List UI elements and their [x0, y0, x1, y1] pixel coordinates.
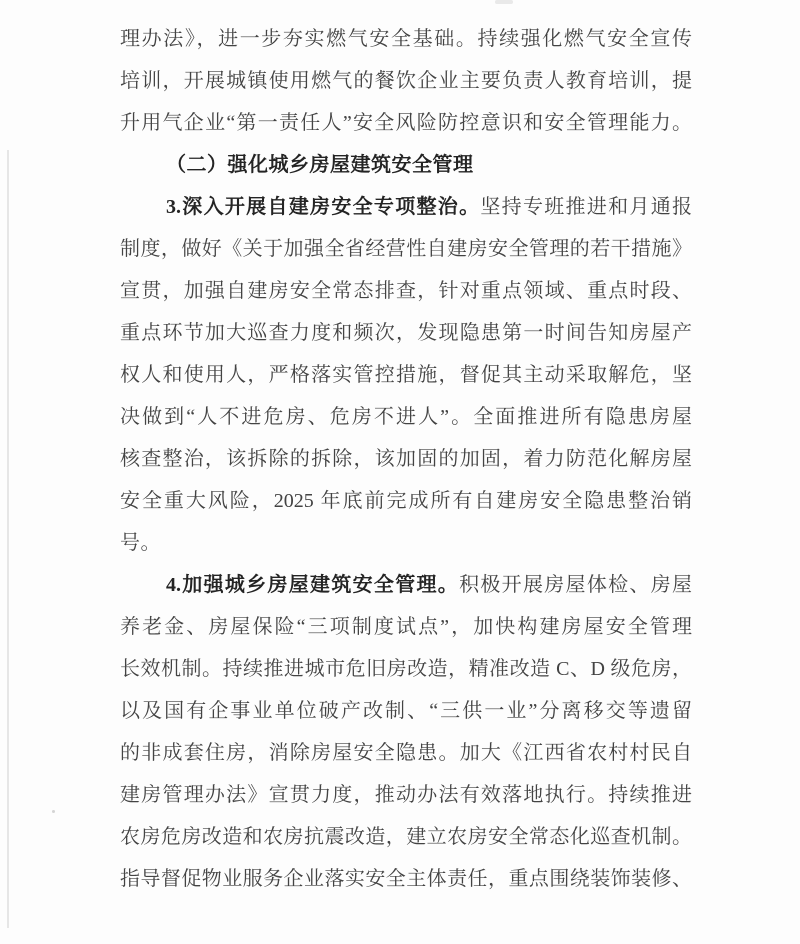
text-line: 重点环节加大巡查力度和频次，发现隐患第一时间告知房屋产: [120, 312, 692, 354]
bold-text-segment: （二）强化城乡房屋建筑安全管理: [166, 154, 474, 176]
bold-text-segment: 4.加强城乡房屋建筑安全管理。: [166, 574, 459, 596]
text-line: 4.加强城乡房屋建筑安全管理。积极开展房屋体检、房屋: [120, 564, 692, 606]
text-line: 以及国有企事业单位破产改制、“三供一业”分离移交等遗留: [120, 690, 692, 732]
body-text-segment: 养老金、房屋保险“三项制度试点”，加快构建房屋安全管理: [120, 616, 692, 638]
body-text-segment: 理办法》，进一步夯实燃气安全基础。持续强化燃气安全宣传: [120, 28, 692, 50]
body-text-segment: 的非成套住房，消除房屋安全隐患。加大《江西省农村村民自: [120, 742, 692, 764]
text-line: 宣贯，加强自建房安全常态排查，针对重点领域、重点时段、: [120, 270, 692, 312]
text-line: 长效机制。持续推进城市危旧房改造，精准改造 C、D 级危房，: [120, 648, 692, 690]
text-line: 养老金、房屋保险“三项制度试点”，加快构建房屋安全管理: [120, 606, 692, 648]
scan-speck-artifact: [52, 810, 55, 813]
body-text-segment: 宣贯，加强自建房安全常态排查，针对重点领域、重点时段、: [120, 280, 692, 302]
text-line: 核查整治，该拆除的拆除，该加固的加固，着力防范化解房屋: [120, 438, 692, 480]
text-line: 决做到“人不进危房、危房不进人”。全面推进所有隐患房屋: [120, 396, 692, 438]
body-text-segment: 以及国有企事业单位破产改制、“三供一业”分离移交等遗留: [120, 700, 692, 722]
body-text-segment: 安全重大风险，2025 年底前完成所有自建房安全隐患整治销: [120, 490, 692, 512]
body-text-segment: 指导督促物业服务企业落实安全主体责任，重点围绕装饰装修、: [120, 868, 692, 890]
text-line: 制度，做好《关于加强全省经营性自建房安全管理的若干措施》: [120, 228, 692, 270]
text-line: 的非成套住房，消除房屋安全隐患。加大《江西省农村村民自: [120, 732, 692, 774]
scan-smudge-artifact: [495, 0, 513, 4]
bold-text-segment: 3.深入开展自建房安全专项整治。: [166, 196, 480, 218]
body-text-segment: 权人和使用人，严格落实管控措施，督促其主动采取解危，坚: [120, 364, 692, 386]
body-text-segment: 升用气企业“第一责任人”安全风险防控意识和安全管理能力。: [120, 112, 692, 134]
section-heading: （二）强化城乡房屋建筑安全管理: [120, 144, 692, 186]
text-line: 农房危房改造和农房抗震改造，建立农房安全常态化巡查机制。: [120, 816, 692, 858]
body-text-segment: 制度，做好《关于加强全省经营性自建房安全管理的若干措施》: [120, 238, 692, 260]
text-line: 指导督促物业服务企业落实安全主体责任，重点围绕装饰装修、: [120, 858, 692, 900]
text-line: 安全重大风险，2025 年底前完成所有自建房安全隐患整治销: [120, 480, 692, 522]
document-body: 理办法》，进一步夯实燃气安全基础。持续强化燃气安全宣传培训，开展城镇使用燃气的餐…: [120, 18, 692, 900]
body-text-segment: 坚持专班推进和月通报: [480, 196, 692, 218]
body-text-segment: 培训，开展城镇使用燃气的餐饮企业主要负责人教育培训，提: [120, 70, 692, 92]
body-text-segment: 建房管理办法》宣贯力度，推动办法有效落地执行。持续推进: [120, 784, 692, 806]
text-line: 理办法》，进一步夯实燃气安全基础。持续强化燃气安全宣传: [120, 18, 692, 60]
text-line: 建房管理办法》宣贯力度，推动办法有效落地执行。持续推进: [120, 774, 692, 816]
body-text-segment: 核查整治，该拆除的拆除，该加固的加固，着力防范化解房屋: [120, 448, 692, 470]
body-text-segment: 重点环节加大巡查力度和频次，发现隐患第一时间告知房屋产: [120, 322, 692, 344]
scan-edge-artifact: [7, 150, 9, 928]
text-line: 培训，开展城镇使用燃气的餐饮企业主要负责人教育培训，提: [120, 60, 692, 102]
text-line: 升用气企业“第一责任人”安全风险防控意识和安全管理能力。: [120, 102, 692, 144]
scanned-document-page: 理办法》，进一步夯实燃气安全基础。持续强化燃气安全宣传培训，开展城镇使用燃气的餐…: [0, 0, 800, 944]
text-line: 权人和使用人，严格落实管控措施，督促其主动采取解危，坚: [120, 354, 692, 396]
text-line: 3.深入开展自建房安全专项整治。坚持专班推进和月通报: [120, 186, 692, 228]
body-text-segment: 号。: [120, 532, 161, 554]
body-text-segment: 积极开展房屋体检、房屋: [459, 574, 692, 596]
body-text-segment: 长效机制。持续推进城市危旧房改造，精准改造 C、D 级危房，: [120, 658, 692, 680]
body-text-segment: 决做到“人不进危房、危房不进人”。全面推进所有隐患房屋: [120, 406, 692, 428]
text-line: 号。: [120, 522, 692, 564]
body-text-segment: 农房危房改造和农房抗震改造，建立农房安全常态化巡查机制。: [120, 826, 692, 848]
